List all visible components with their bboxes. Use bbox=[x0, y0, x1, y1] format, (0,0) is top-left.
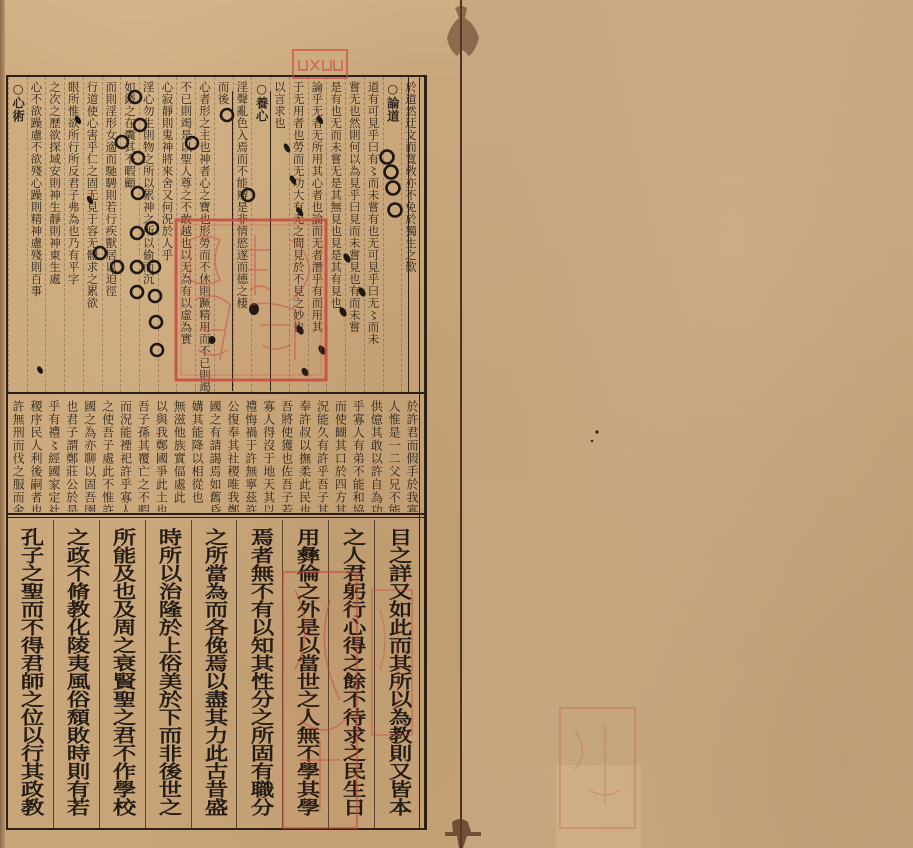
upper-column: 行道使心害乎仁之固无見于容无體求之累欲 bbox=[83, 77, 102, 392]
main-text-column: 之政不脩教化陵夷風俗頹敗時則有若 bbox=[53, 520, 99, 828]
commentary-column: 而況能禋祀許乎寡人 bbox=[116, 395, 134, 512]
column-rule bbox=[408, 77, 409, 392]
upper-heading-lundao: ○論道 bbox=[383, 77, 402, 392]
main-text-column: 所能及也及周之衰賢聖之君不作學校 bbox=[99, 520, 145, 828]
main-text-line: 之政不脩教化陵夷風俗頹敗時則有若 bbox=[53, 528, 99, 816]
upper-column: 心寂靜則鬼神將來舍又何況於人乎 bbox=[158, 77, 177, 392]
main-text-line: 用彝倫之外是以當世之人無不學其學 bbox=[282, 528, 328, 816]
register-divider-inner bbox=[8, 517, 424, 518]
commentary-column: 於許君而假手於我寡 bbox=[402, 395, 420, 512]
column-rule bbox=[232, 91, 233, 391]
middle-register: 於許君而假手於我寡 人惟是一二父兄不能 供億其敢以許自為功 乎寡人有弟不能和協 … bbox=[8, 395, 420, 513]
commentary-column: 國之為亦聊以固吾圉 bbox=[80, 395, 98, 512]
commentary-column: 乎有禮〻經國家定社 bbox=[44, 395, 62, 512]
commentary-column: 公復奉其社稷唯我鄭 bbox=[223, 395, 241, 512]
commentary-column: 之使吾子處此不惟許 bbox=[98, 395, 116, 512]
upper-heading-yangxin: ○養心 bbox=[251, 77, 270, 392]
column-rule bbox=[270, 91, 271, 391]
main-text-column: 之人君躬行心得之餘不待求之民生日 bbox=[328, 520, 374, 828]
main-text-line: 孔子之聖而不得君師之位以行其政教 bbox=[8, 528, 53, 816]
upper-column: 而則淫形女適而馳騁則若行疾獸居以迫徑 bbox=[102, 77, 121, 392]
printed-text-frame: 於道然迂文而寬敎亦不免於獨生之歎 ○論道 道有可見乎曰有〻而未嘗有也无可見乎曰无… bbox=[6, 75, 427, 830]
upper-column: 心者形之主也神者心之寶也形勞而不休則蹶精用而不已則竭 bbox=[195, 77, 214, 392]
main-text-line: 之人君躬行心得之餘不待求之民生日 bbox=[328, 528, 374, 816]
commentary-column: 奉許叔以撫柔此民也 bbox=[295, 395, 313, 512]
upper-heading-xinshu: ○心術 bbox=[8, 77, 27, 392]
upper-register: 於道然迂文而寬敎亦不免於獨生之歎 ○論道 道有可見乎曰有〻而未嘗有也无可見乎曰无… bbox=[8, 77, 420, 392]
main-text-line: 焉者無不有以知其性分之所固有職分 bbox=[236, 528, 282, 816]
commentary-column: 乎寡人有弟不能和協 bbox=[348, 395, 366, 512]
upper-column: 眼所惟欲所行所反君子弗為也乃有平字 bbox=[64, 77, 83, 392]
upper-column: 論乎无者无所用其心者也論而无者潛乎有而用其 bbox=[308, 77, 327, 392]
commentary-column: 人惟是一二父兄不能 bbox=[384, 395, 402, 512]
upper-column: 淫聲亂色入焉而不能辨是非情慾遂而德之棲 bbox=[233, 77, 252, 392]
upper-column: 如錢之在囊其不暇顧 bbox=[120, 77, 139, 392]
left-page: 於道然迂文而寬敎亦不免於獨生之歎 ○論道 道有可見乎曰有〻而未嘗有也无可見乎曰无… bbox=[0, 0, 461, 848]
register-divider bbox=[8, 392, 424, 394]
upper-column: 以言求也 bbox=[270, 77, 289, 392]
commentary-column: 稷序民人利後嗣者也 bbox=[26, 395, 44, 512]
main-text-column: 用彝倫之外是以當世之人無不學其學 bbox=[282, 520, 328, 828]
main-text-line: 之所當為而各俛焉以盡其力此古昔盛 bbox=[191, 528, 237, 816]
upper-column: 于无用者也勞而无功大有无之間見於不見之妙也 bbox=[289, 77, 308, 392]
main-text-column: 之所當為而各俛焉以盡其力此古昔盛 bbox=[191, 520, 237, 828]
upper-column: 心不欲躁慮不欲殘心躁則精神慮殘則百事 bbox=[27, 77, 46, 392]
main-text-register: 目之詳又如此而其所以為教則又皆本 之人君躬行心得之餘不待求之民生日 用彝倫之外是… bbox=[8, 520, 420, 828]
adjacent-leaf-edge bbox=[0, 0, 5, 848]
main-text-line: 所能及也及周之衰賢聖之君不作學校 bbox=[99, 528, 145, 816]
commentary-column: 也君子謂鄭莊公於是 bbox=[62, 395, 80, 512]
upper-column: 淫心勿生則物之所以累神之所以偷而沉 bbox=[139, 77, 158, 392]
commentary-column: 媾其能降以相從也 bbox=[187, 395, 205, 512]
upper-column: 之次之歷欲探域安則神生靜則神東生處 bbox=[45, 77, 64, 392]
commentary-column: 無滋他族實偪處此 bbox=[169, 395, 187, 512]
upper-column: 而後 bbox=[214, 77, 233, 392]
commentary-column: 吾將使獲也佐吾子若 bbox=[277, 395, 295, 512]
upper-column: 不已則竭是以聖人尊之不敢越也以无為有以虛為實 bbox=[176, 77, 195, 392]
main-text-line: 目之詳又如此而其所以為教則又皆本 bbox=[374, 528, 420, 816]
commentary-column: 供億其敢以許自為功 bbox=[366, 395, 384, 512]
upper-column: 於道然迂文而寬敎亦不免於獨生之歎 bbox=[401, 77, 420, 392]
main-text-column: 時所以治隆於上俗美於下而非後世之 bbox=[145, 520, 191, 828]
main-text-column: 目之詳又如此而其所以為教則又皆本 bbox=[374, 520, 420, 828]
commentary-column: 吾子孫其覆亡之不暇 bbox=[134, 395, 152, 512]
commentary-column: 以與我鄭國爭此土也 bbox=[151, 395, 169, 512]
commentary-column: 國之有請謁焉如舊昏 bbox=[205, 395, 223, 512]
upper-column: 嘗无也然則何以為見乎曰見而未嘗見也有而未嘗 bbox=[345, 77, 364, 392]
commentary-column: 許無刑而伐之服而舍 bbox=[8, 395, 26, 512]
commentary-column: 而使餬其口於四方其 bbox=[330, 395, 348, 512]
commentary-column: 寡人得沒于地天其以 bbox=[259, 395, 277, 512]
commentary-column: 況能久有許乎吾子其 bbox=[313, 395, 331, 512]
main-text-line: 時所以治隆於上俗美於下而非後世之 bbox=[145, 528, 191, 816]
register-divider bbox=[8, 513, 424, 515]
commentary-column: 禮悔禍于許無寧茲許 bbox=[241, 395, 259, 512]
main-text-column: 焉者無不有以知其性分之所固有職分 bbox=[236, 520, 282, 828]
upper-column: 是有也无而未嘗无是其無見也見是其有見也 bbox=[326, 77, 345, 392]
upper-column: 道有可見乎曰有〻而未嘗有也无可見乎曰无〻而未 bbox=[364, 77, 383, 392]
right-page-blank bbox=[462, 0, 913, 848]
main-text-column: 孔子之聖而不得君師之位以行其政教 bbox=[8, 520, 53, 828]
